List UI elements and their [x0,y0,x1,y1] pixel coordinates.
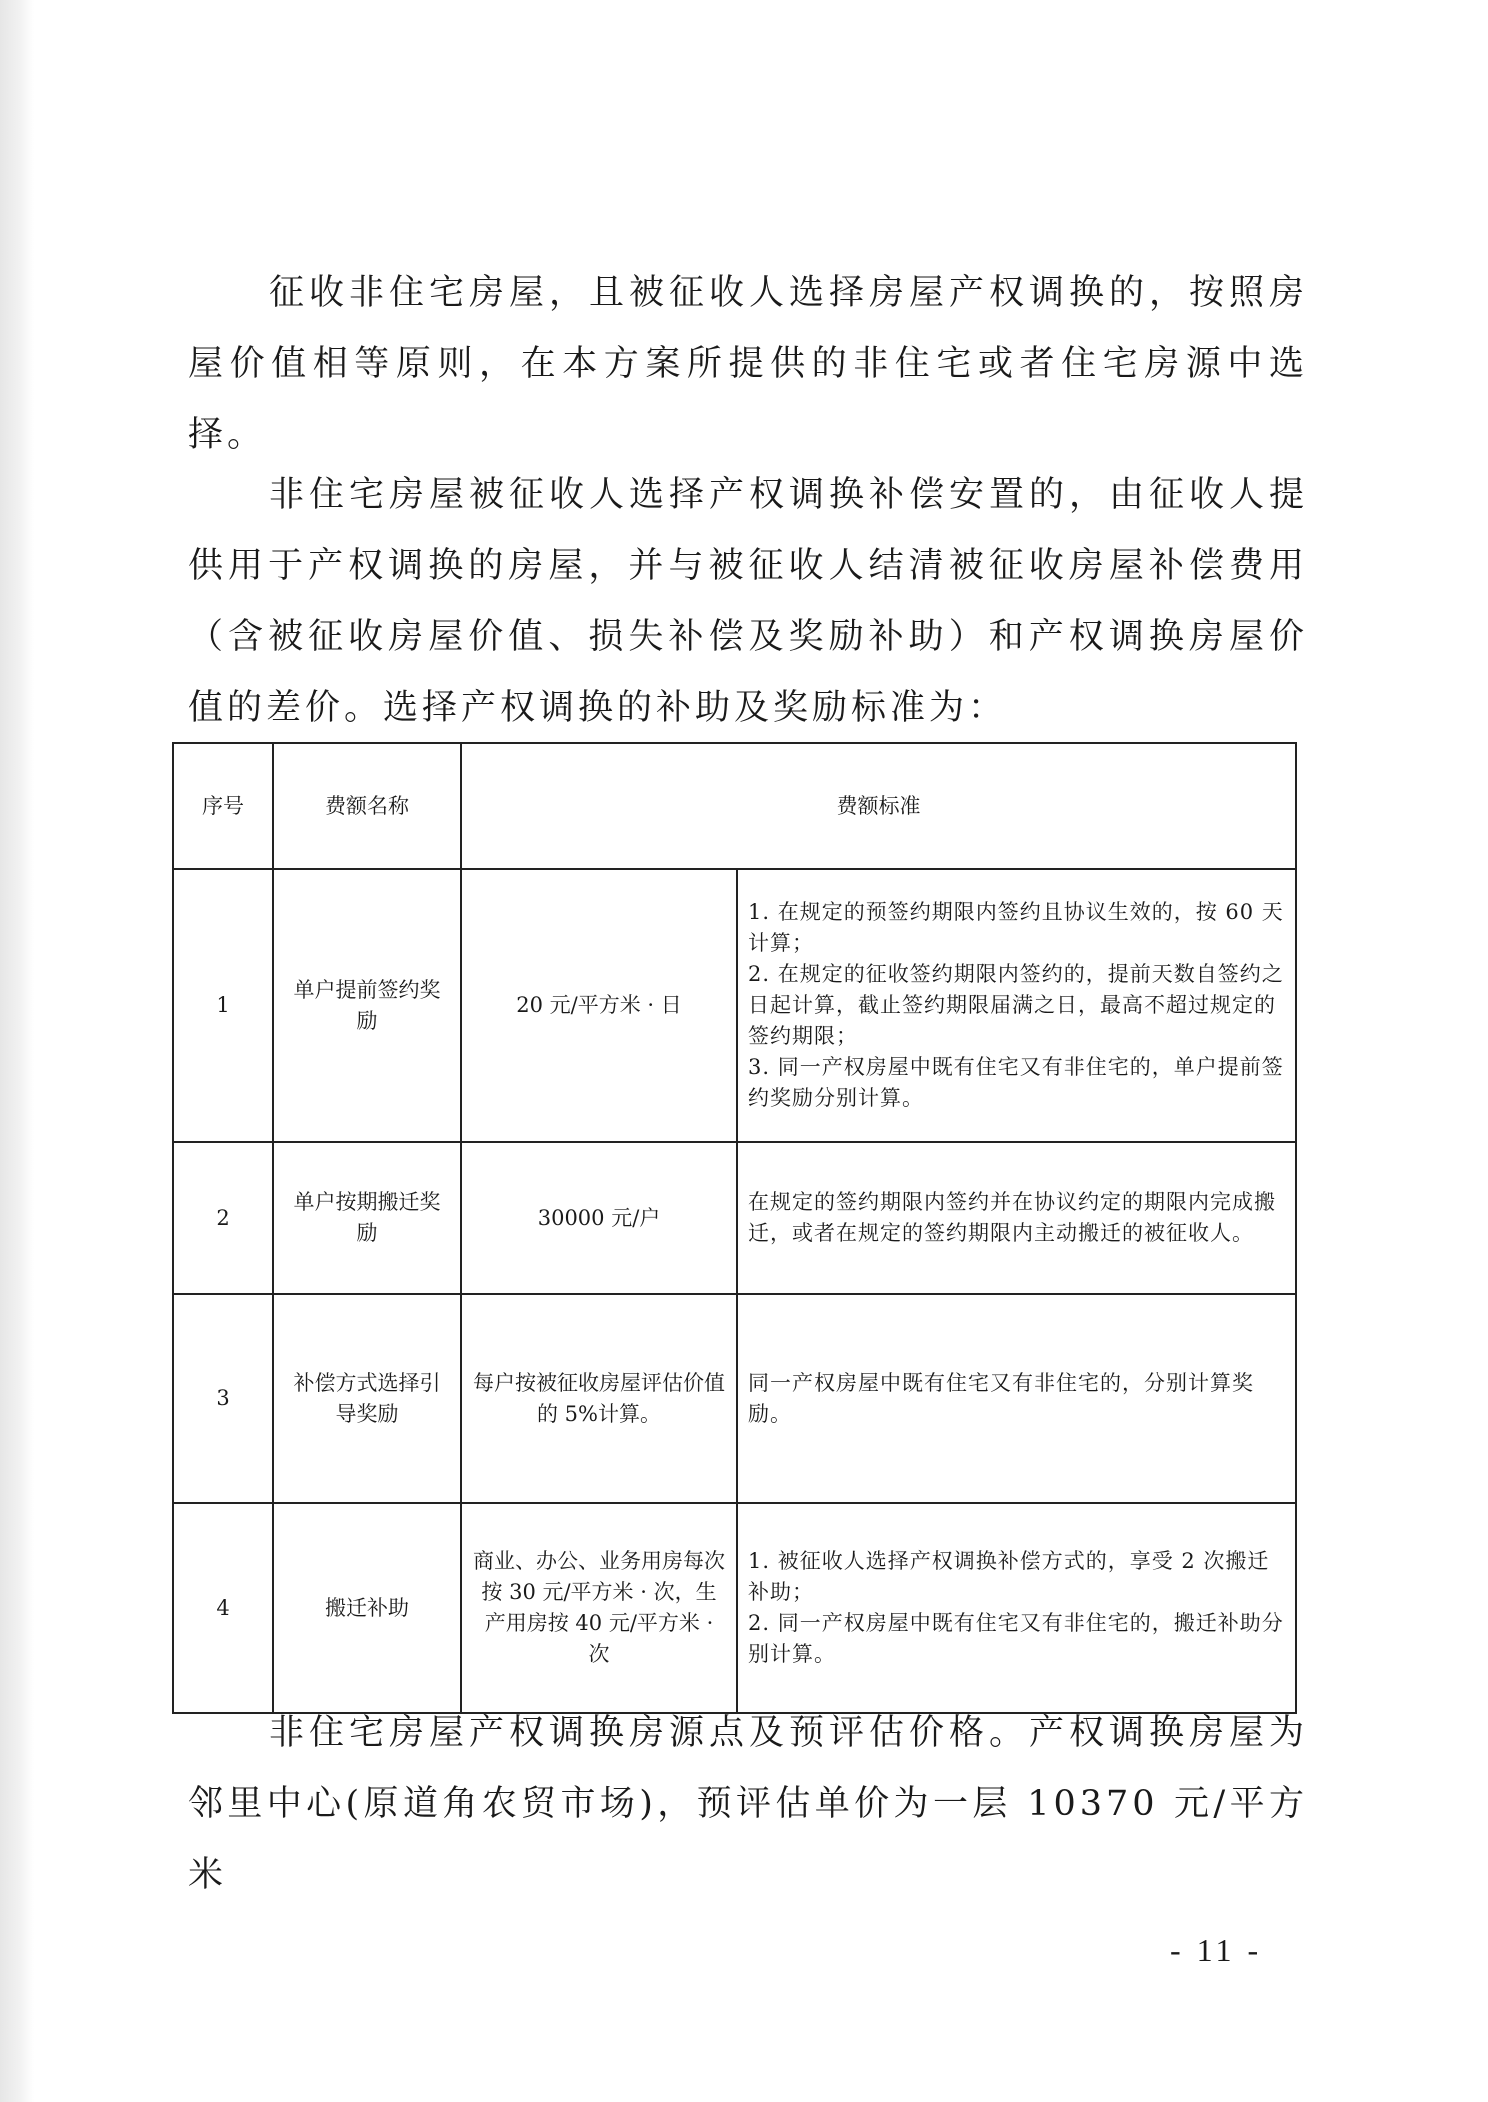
scan-page-edge [0,0,34,2102]
cell-amount: 每户按被征收房屋评估价值的 5%计算。 [461,1294,737,1503]
paragraph-1-text: 征收非住宅房屋，且被征收人选择房屋产权调换的，按照房屋价值相等原则，在本方案所提… [188,273,1308,455]
table-row: 1 单户提前签约奖励 20 元/平方米 · 日 1. 在规定的预签约期限内签约且… [173,869,1296,1142]
cell-standard: 同一产权房屋中既有住宅又有非住宅的，分别计算奖励。 [737,1294,1296,1503]
cell-amount: 20 元/平方米 · 日 [461,869,737,1142]
fee-standards-table: 序号 费额名称 费额标准 1 单户提前签约奖励 20 元/平方米 · 日 1. … [172,742,1297,1714]
standard-item: 3. 同一产权房屋中既有住宅又有非住宅的，单户提前签约奖励分别计算。 [748,1052,1285,1114]
table-row: 3 补偿方式选择引导奖励 每户按被征收房屋评估价值的 5%计算。 同一产权房屋中… [173,1294,1296,1503]
cell-standard: 1. 被征收人选择产权调换补偿方式的，享受 2 次搬迁补助； 2. 同一产权房屋… [737,1503,1296,1713]
standard-item: 1. 在规定的预签约期限内签约且协议生效的，按 60 天计算； [748,897,1285,959]
cell-name: 单户提前签约奖励 [273,869,461,1142]
paragraph-3: 非住宅房屋产权调换房源点及预评估价格。产权调换房屋为邻里中心(原道角农贸市场)，… [188,1698,1308,1911]
cell-amount: 商业、办公、业务用房每次按 30 元/平方米 · 次，生产用房按 40 元/平方… [461,1503,737,1713]
cell-standard: 1. 在规定的预签约期限内签约且协议生效的，按 60 天计算； 2. 在规定的征… [737,869,1296,1142]
standard-item: 2. 在规定的征收签约期限内签约的，提前天数自签约之日起计算，截止签约期限届满之… [748,959,1285,1052]
cell-no: 2 [173,1142,273,1294]
standard-item: 在规定的签约期限内签约并在协议约定的期限内完成搬迁，或者在规定的签约期限内主动搬… [748,1187,1285,1249]
table-header-row: 序号 费额名称 费额标准 [173,743,1296,869]
cell-no: 1 [173,869,273,1142]
standard-item: 2. 同一产权房屋中既有住宅又有非住宅的，搬迁补助分别计算。 [748,1608,1285,1670]
header-no: 序号 [173,743,273,869]
paragraph-2-text: 非住宅房屋被征收人选择产权调换补偿安置的，由征收人提供用于产权调换的房屋，并与被… [188,475,1308,728]
header-name: 费额名称 [273,743,461,869]
page-number: - 11 - [1170,1932,1262,1969]
cell-standard: 在规定的签约期限内签约并在协议约定的期限内完成搬迁，或者在规定的签约期限内主动搬… [737,1142,1296,1294]
header-standard: 费额标准 [461,743,1296,869]
paragraph-1: 征收非住宅房屋，且被征收人选择房屋产权调换的，按照房屋价值相等原则，在本方案所提… [188,258,1308,471]
table-row: 2 单户按期搬迁奖励 30000 元/户 在规定的签约期限内签约并在协议约定的期… [173,1142,1296,1294]
cell-name: 搬迁补助 [273,1503,461,1713]
cell-name: 补偿方式选择引导奖励 [273,1294,461,1503]
paragraph-3-text: 非住宅房屋产权调换房源点及预评估价格。产权调换房屋为邻里中心(原道角农贸市场)，… [188,1713,1308,1895]
cell-name: 单户按期搬迁奖励 [273,1142,461,1294]
cell-amount: 30000 元/户 [461,1142,737,1294]
cell-no: 3 [173,1294,273,1503]
standard-item: 同一产权房屋中既有住宅又有非住宅的，分别计算奖励。 [748,1368,1285,1430]
cell-no: 4 [173,1503,273,1713]
standard-item: 1. 被征收人选择产权调换补偿方式的，享受 2 次搬迁补助； [748,1546,1285,1608]
table-row: 4 搬迁补助 商业、办公、业务用房每次按 30 元/平方米 · 次，生产用房按 … [173,1503,1296,1713]
paragraph-2: 非住宅房屋被征收人选择产权调换补偿安置的，由征收人提供用于产权调换的房屋，并与被… [188,460,1308,744]
